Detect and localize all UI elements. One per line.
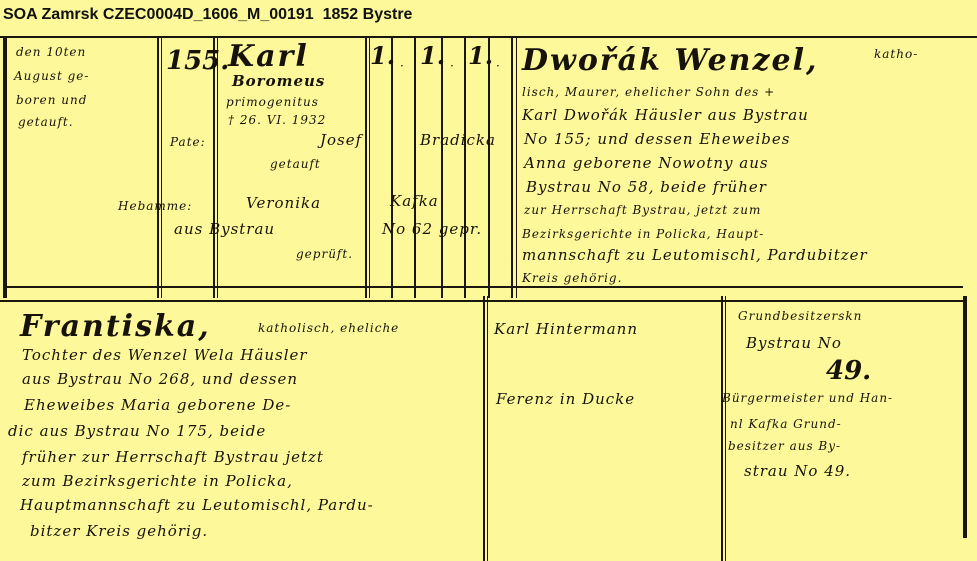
residence-line: besitzer aus By-: [728, 440, 841, 452]
mother-line: Tochter des Wenzel Wela Häusler: [22, 348, 308, 363]
tally-mark: 1.: [468, 44, 493, 68]
father-line: Bystrau No 58, beide früher: [526, 180, 767, 195]
godfather-label: Pate:: [170, 136, 206, 148]
mother-line: dic aus Bystrau No 175, beide: [8, 424, 266, 439]
date-line: getauft.: [18, 116, 74, 128]
right-border: [963, 296, 967, 538]
mother-line: bitzer Kreis gehörig.: [30, 524, 208, 539]
col-rule: [441, 36, 443, 298]
residence-line: Bystrau No: [746, 336, 842, 351]
date-line: den 10ten: [16, 46, 86, 58]
midwife-house: No 62 gepr.: [382, 222, 482, 237]
father-line: lisch, Maurer, ehelicher Sohn des +: [522, 86, 775, 98]
col-rule: [488, 36, 490, 298]
godparent-line: Ferenz in Ducke: [496, 392, 635, 407]
mid-rule: [3, 286, 963, 288]
child-name: Karl: [228, 42, 309, 72]
midwife-place: aus Bystrau: [174, 222, 275, 237]
godfather-surname: Bradicka: [420, 133, 496, 148]
godfather-name: Josef: [320, 133, 362, 148]
midwife-note: geprüft.: [296, 248, 353, 260]
residence-line: strau No 49.: [744, 464, 851, 479]
col-rule: [365, 36, 367, 298]
father-line: mannschaft zu Leutomischl, Pardubitzer: [522, 248, 868, 263]
residence-number: 49.: [826, 358, 871, 384]
father-line: Anna geborene Nowotny aus: [524, 156, 769, 171]
father-line: katho-: [874, 48, 918, 60]
col-rule: [721, 296, 723, 561]
mother-line: Hauptmannschaft zu Leutomischl, Pardu-: [20, 498, 374, 513]
mother-line: aus Bystrau No 268, und dessen: [22, 372, 298, 387]
col-rule: [369, 36, 370, 298]
col-rule: [511, 36, 513, 298]
father-line: zur Herrschaft Bystrau, jetzt zum: [524, 204, 761, 216]
col-rule: [483, 296, 485, 561]
father-line: Karl Dwořák Häusler aus Bystrau: [522, 108, 809, 123]
col-rule: [414, 36, 416, 298]
col-rule: [725, 296, 726, 561]
tally-dot: ·: [450, 60, 455, 72]
death-note: † 26. VI. 1932: [228, 114, 326, 126]
tally-mark: 1.: [420, 44, 445, 68]
mother-line: zum Bezirksgerichte in Policka,: [22, 474, 293, 489]
father-line: Bezirksgerichte in Policka, Haupt-: [522, 228, 764, 240]
left-border: [3, 36, 7, 298]
mother-name: Frantiska,: [20, 312, 211, 342]
father-line: Kreis gehörig.: [522, 272, 622, 284]
tally-dot: ·: [400, 60, 405, 72]
col-rule: [157, 36, 159, 298]
col-rule: [487, 296, 488, 561]
col-rule: [464, 36, 466, 298]
godparent-line: Karl Hintermann: [494, 322, 638, 337]
father-name: Dwořák Wenzel,: [522, 46, 818, 76]
child-name-line: primogenitus: [226, 96, 319, 108]
residence-line: Bürgermeister und Han-: [722, 392, 893, 404]
mother-line: katholisch, eheliche: [258, 322, 399, 334]
child-name-line: Boromeus: [232, 74, 325, 89]
mother-line: früher zur Herrschaft Bystrau jetzt: [22, 450, 324, 465]
father-line: No 155; und dessen Eheweibes: [524, 132, 790, 147]
mother-line: Eheweibes Maria geborene De-: [24, 398, 291, 413]
midwife-name: Veronika: [246, 196, 321, 211]
midwife-surname: Kafka: [390, 194, 439, 209]
tally-mark: 1.: [370, 44, 395, 68]
col-rule: [391, 36, 393, 298]
date-line: August ge-: [14, 70, 89, 82]
residence-line: Grundbesitzerskn: [738, 310, 862, 322]
residence-line: nl Kafka Grund-: [730, 418, 842, 430]
page-title: SOA Zamrsk CZEC0004D_1606_M_00191 1852 B…: [3, 6, 412, 24]
date-line: boren und: [16, 94, 87, 106]
midwife-label: Hebamme:: [118, 200, 192, 212]
baptized-note: getauft: [270, 158, 321, 170]
col-rule: [516, 36, 517, 298]
house-number: 155.: [166, 48, 229, 74]
col-rule: [161, 36, 162, 298]
tally-dot: ·: [496, 60, 501, 72]
